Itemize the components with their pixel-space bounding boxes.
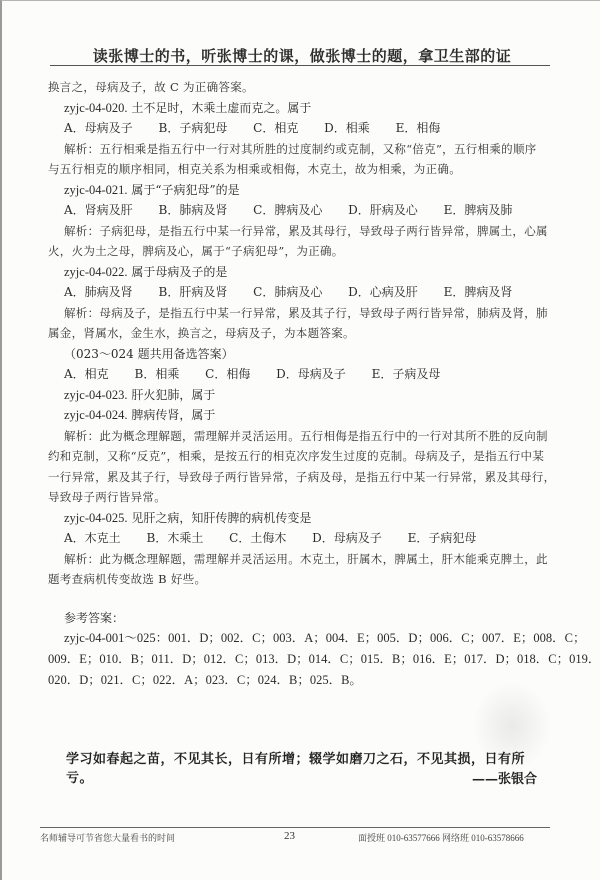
explanation-021-line2: 火，火为土之母，脾病及心，属于“子病犯母”，为正确。 [48,241,554,262]
question-023: zyjc-04-023. 肝火犯肺，属于 [48,385,554,406]
option-a: A．母病及子 [64,118,133,139]
explanation-020-line1: 解析：五行相乘是指五行中一行对其所胜的过度制约或克制，又称“倍克”，五行相乘的顺… [48,139,554,160]
explanation-022-line2: 属金，肾属水，金生水，换言之，母病及子，为本题答案。 [48,323,554,344]
options-022: A．肺病及肾 B．肝病及肾 C．肺病及心 D．心病及肝 E．脾病及肾 [48,282,554,303]
option-b: B．子病犯母 [159,118,228,139]
question-021: zyjc-04-021. 属于“子病犯母”的是 [48,180,554,201]
page-header-title: 读张博士的书，听张博士的课，做张博士的题，拿卫生部的证 [2,45,600,66]
option-d: D．肝病及心 [348,200,418,221]
explanation-020-line2: 与五行相克的顺序相同，相克关系为相乘或相侮，木克土，故为相乘，为正确。 [48,159,554,180]
option-c: C．相克 [253,118,298,139]
option-e: E．子病及母 [372,364,441,385]
question-stem: 脾病传肾，属于 [131,408,215,422]
option-a: A．木克土 [64,528,121,549]
question-stem: 肝火犯肺，属于 [131,388,215,402]
option-d: D．母病及子 [312,528,382,549]
question-id: zyjc-04-025. [64,511,128,525]
option-a: A．肺病及肾 [64,282,133,303]
explanation-023-024-line4: 导致母子两行皆异常。 [48,487,554,508]
option-d: D．相乘 [324,118,370,139]
footer-slogan: 名师辅导可节省您大量看书的时间 [40,831,175,844]
option-b: B．肺病及肾 [159,200,228,221]
document-page: 读张博士的书，听张博士的课，做张博士的题，拿卫生部的证 换言之，母病及子，故 C… [0,0,600,880]
question-024: zyjc-04-024. 脾病传肾，属于 [48,405,554,426]
option-b: B．木乘土 [147,528,204,549]
question-stem: 土不足时，木乘土虚而克之。属于 [131,101,311,115]
shared-options: A．相克 B．相乘 C．相侮 D．母病及子 E．子病及母 [48,364,554,385]
option-a: A．肾病及肝 [64,200,133,221]
options-021: A．肾病及肝 B．肺病及肾 C．脾病及心 D．肝病及心 E．脾病及肺 [48,200,554,221]
option-c: C．土侮木 [229,528,286,549]
explanation-021-line1: 解析：子病犯母，是指五行中某一行异常，累及其母行，导致母子两行皆异常，脾属土，心… [48,221,554,242]
explanation-023-024-line2: 约和克制，又称“反克”，相乘，是按五行的相克次序发生过度的克制。母病及子，是指五… [48,446,554,467]
question-id: zyjc-04-023. [64,388,128,402]
motto-author: ——张银合 [472,768,537,787]
option-b: B．相乘 [135,364,180,385]
option-a: A．相克 [64,364,109,385]
shared-options-heading: （023～024 题共用备选答案） [48,344,554,365]
question-020: zyjc-04-020. 土不足时，木乘土虚而克之。属于 [48,98,554,119]
explanation-025-line2: 题考查病机传变故选 B 好些。 [48,569,554,590]
question-id: zyjc-04-024. [64,408,128,422]
question-022: zyjc-04-022. 属于母病及子的是 [48,262,554,283]
options-020: A．母病及子 B．子病犯母 C．相克 D．相乘 E．相侮 [48,118,554,139]
footer-contact: 面授班 010-63577666 网络班 010-63578666 [358,831,524,844]
explanation-023-024-line3: 一行异常，累及其子行，导致母子两行皆异常，子病及母，是指五行中某一行异常，累及其… [48,467,554,488]
option-d: D．母病及子 [276,364,346,385]
option-e: E．脾病及肺 [444,200,513,221]
continuation-text: 换言之，母病及子，故 C 为正确答案。 [48,77,554,98]
header-divider [50,65,550,66]
question-id: zyjc-04-021. [64,183,128,197]
question-025: zyjc-04-025. 见肝之病，知肝传脾的病机传变是 [48,508,554,529]
question-stem: 属于“子病犯母”的是 [131,183,239,197]
option-c: C．相侮 [205,364,250,385]
option-d: D．心病及肝 [348,282,418,303]
answer-key-heading: 参考答案： [48,608,554,629]
option-e: E．相侮 [396,118,441,139]
explanation-022-line1: 解析：母病及子，是指五行中某一行异常，累及其子行，导致母子两行皆异常，肺病及肾，… [48,303,554,324]
option-c: C．脾病及心 [253,200,322,221]
question-id: zyjc-04-022. [64,265,128,279]
spacer [48,590,554,608]
answer-key-line3: 020．D；021．C；022．A；023．C；024．B；025．B。 [48,670,554,691]
explanation-025-line1: 解析：此为概念理解题，需理解并灵活运用。木克土，肝属木，脾属土，肝木能乘克脾土，… [48,549,554,570]
page-content: 换言之，母病及子，故 C 为正确答案。 zyjc-04-020. 土不足时，木乘… [48,77,554,691]
question-stem: 见肝之病，知肝传脾的病机传变是 [131,511,311,525]
question-stem: 属于母病及子的是 [131,265,227,279]
option-e: E．脾病及肾 [444,282,513,303]
answer-key-line1: zyjc-04-001～025：001．D；002．C；003．A；004．E；… [48,628,554,649]
footer-divider [40,827,550,828]
option-c: C．肺病及心 [253,282,322,303]
page-number: 23 [284,830,295,842]
option-b: B．肝病及肾 [159,282,228,303]
option-e: E．子病犯母 [408,528,477,549]
options-025: A．木克土 B．木乘土 C．土侮木 D．母病及子 E．子病犯母 [48,528,554,549]
question-id: zyjc-04-020. [64,101,128,115]
explanation-023-024-line1: 解析：此为概念理解题，需理解并灵活运用。五行相侮是指五行中的一行对其所不胜的反向… [48,426,554,447]
answer-key-line2: 009．E；010．B；011．D；012．C；013．D；014．C；015．… [48,649,554,670]
